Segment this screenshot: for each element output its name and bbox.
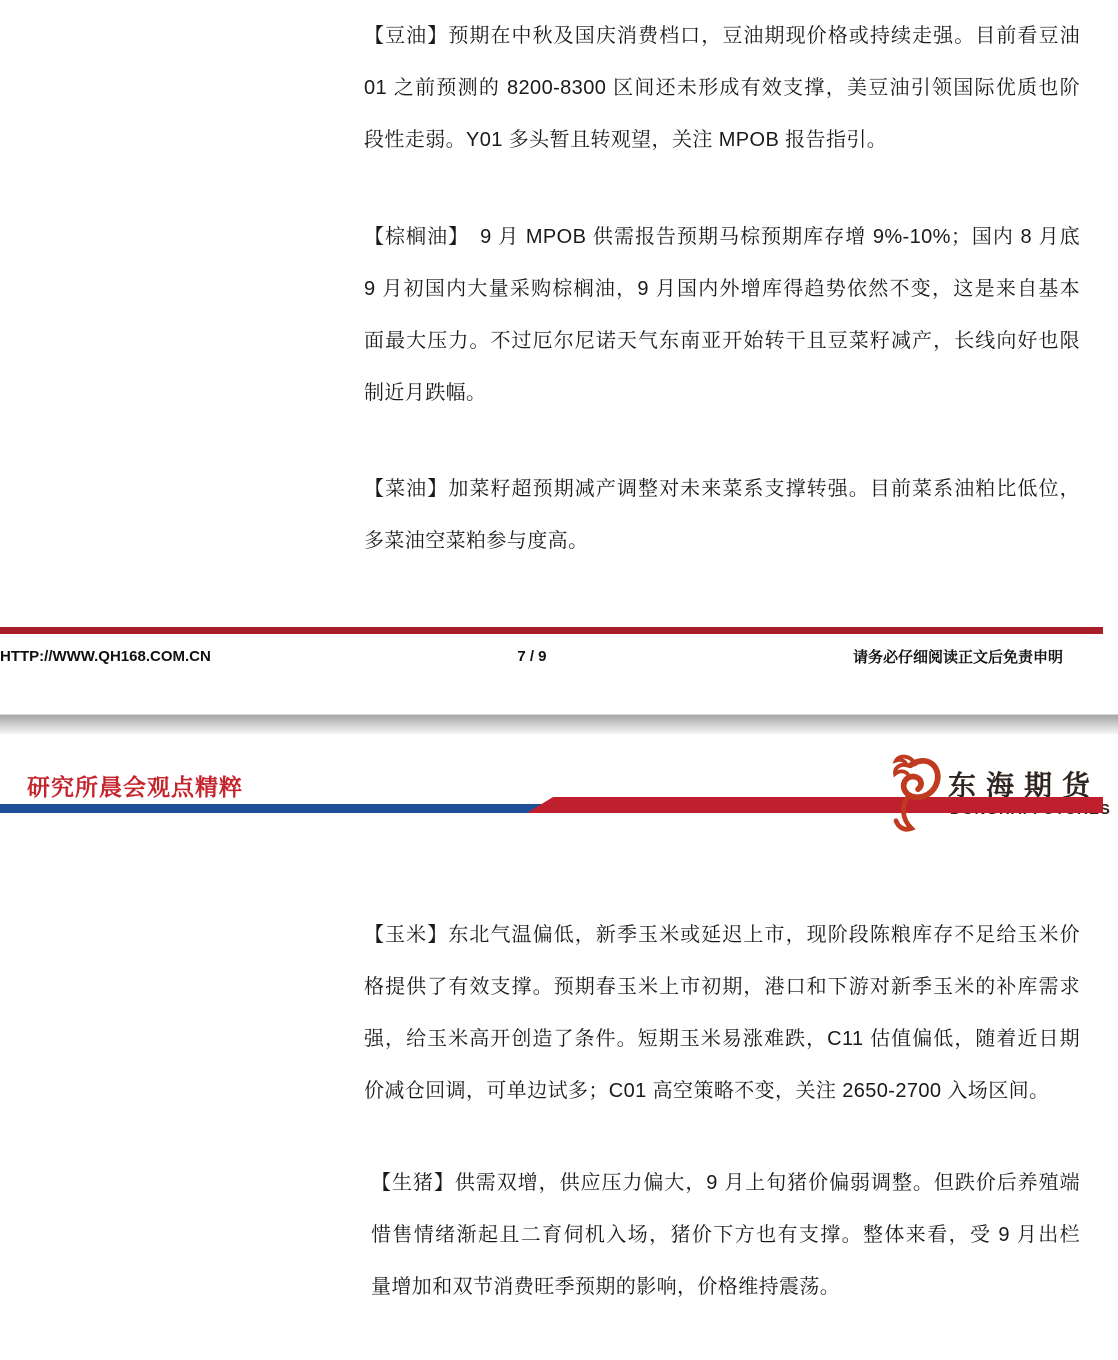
paragraph-hogs: 【生猪】供需双增，供应压力偏大，9 月上旬猪价偏弱调整。但跌价后养殖端惜售情绪渐… (371, 1157, 1080, 1313)
text-line: 制近月跌幅。 (364, 367, 1080, 419)
header-blue-rule (0, 804, 546, 813)
header-red-rule (527, 797, 1103, 813)
footer-page-number: 7 / 9 (517, 648, 546, 665)
footer-disclaimer: 请务必仔细阅读正文后免责申明 (853, 646, 1063, 667)
text-line: 价减仓回调，可单边试多；C01 高空策略不变，关注 2650-2700 入场区间… (364, 1065, 1080, 1117)
paragraph-rapeseed-oil: 【菜油】加菜籽超预期减产调整对未来菜系支撑转强。目前菜系油粕比低位，多菜油空菜粕… (364, 463, 1080, 567)
text-line: 多菜油空菜粕参与度高。 (364, 515, 1080, 567)
page-footer: HTTP://WWW.QH168.COM.CN 7 / 9 请务必仔细阅读正文后… (0, 645, 1063, 667)
text-line: 9 月初国内大量采购棕榈油，9 月国内外增库得趋势依然不变，这是来自基本 (364, 263, 1080, 315)
page-break-separator (0, 714, 1118, 734)
paragraph-corn: 【玉米】东北气温偏低，新季玉米或延迟上市，现阶段陈粮库存不足给玉米价格提供了有效… (364, 909, 1080, 1117)
text-line: 量增加和双节消费旺季预期的影响，价格维持震荡。 (371, 1261, 1080, 1313)
text-line: 【玉米】东北气温偏低，新季玉米或延迟上市，现阶段陈粮库存不足给玉米价 (364, 909, 1080, 961)
text-line: 段性走弱。Y01 多头暂且转观望，关注 MPOB 报告指引。 (364, 114, 1080, 166)
text-line: 面最大压力。不过厄尔尼诺天气东南亚开始转干且豆菜籽减产，长线向好也限 (364, 315, 1080, 367)
text-line: 惜售情绪渐起且二育伺机入场，猪价下方也有支撑。整体来看，受 9 月出栏 (371, 1209, 1080, 1261)
text-line: 【菜油】加菜籽超预期减产调整对未来菜系支撑转强。目前菜系油粕比低位， (364, 463, 1080, 515)
dragon-logo-icon (890, 750, 948, 836)
footer-rule-bar (0, 627, 1103, 634)
text-line: 【豆油】预期在中秋及国庆消费档口，豆油期现价格或持续走强。目前看豆油 (364, 10, 1080, 62)
text-line: 格提供了有效支撑。预期春玉米上市初期，港口和下游对新季玉米的补库需求 (364, 961, 1080, 1013)
text-line: 01 之前预测的 8200-8300 区间还未形成有效支撑，美豆油引领国际优质也… (364, 62, 1080, 114)
text-line: 【棕榈油】 9 月 MPOB 供需报告预期马棕预期库存增 9%-10%；国内 8… (364, 211, 1080, 263)
footer-site-url: HTTP://WWW.QH168.COM.CN (0, 648, 211, 665)
page-title: 研究所晨会观点精粹 (27, 769, 243, 802)
text-line: 【生猪】供需双增，供应压力偏大，9 月上旬猪价偏弱调整。但跌价后养殖端 (371, 1157, 1080, 1209)
document-page: { "colors": { "text": "#1a1a1a", "footer… (0, 0, 1118, 1360)
paragraph-soybean-oil: 【豆油】预期在中秋及国庆消费档口，豆油期现价格或持续走强。目前看豆油01 之前预… (364, 10, 1080, 166)
text-line: 强，给玉米高开创造了条件。短期玉米易涨难跌，C11 估值偏低，随着近日期 (364, 1013, 1080, 1065)
paragraph-palm-oil: 【棕榈油】 9 月 MPOB 供需报告预期马棕预期库存增 9%-10%；国内 8… (364, 211, 1080, 419)
